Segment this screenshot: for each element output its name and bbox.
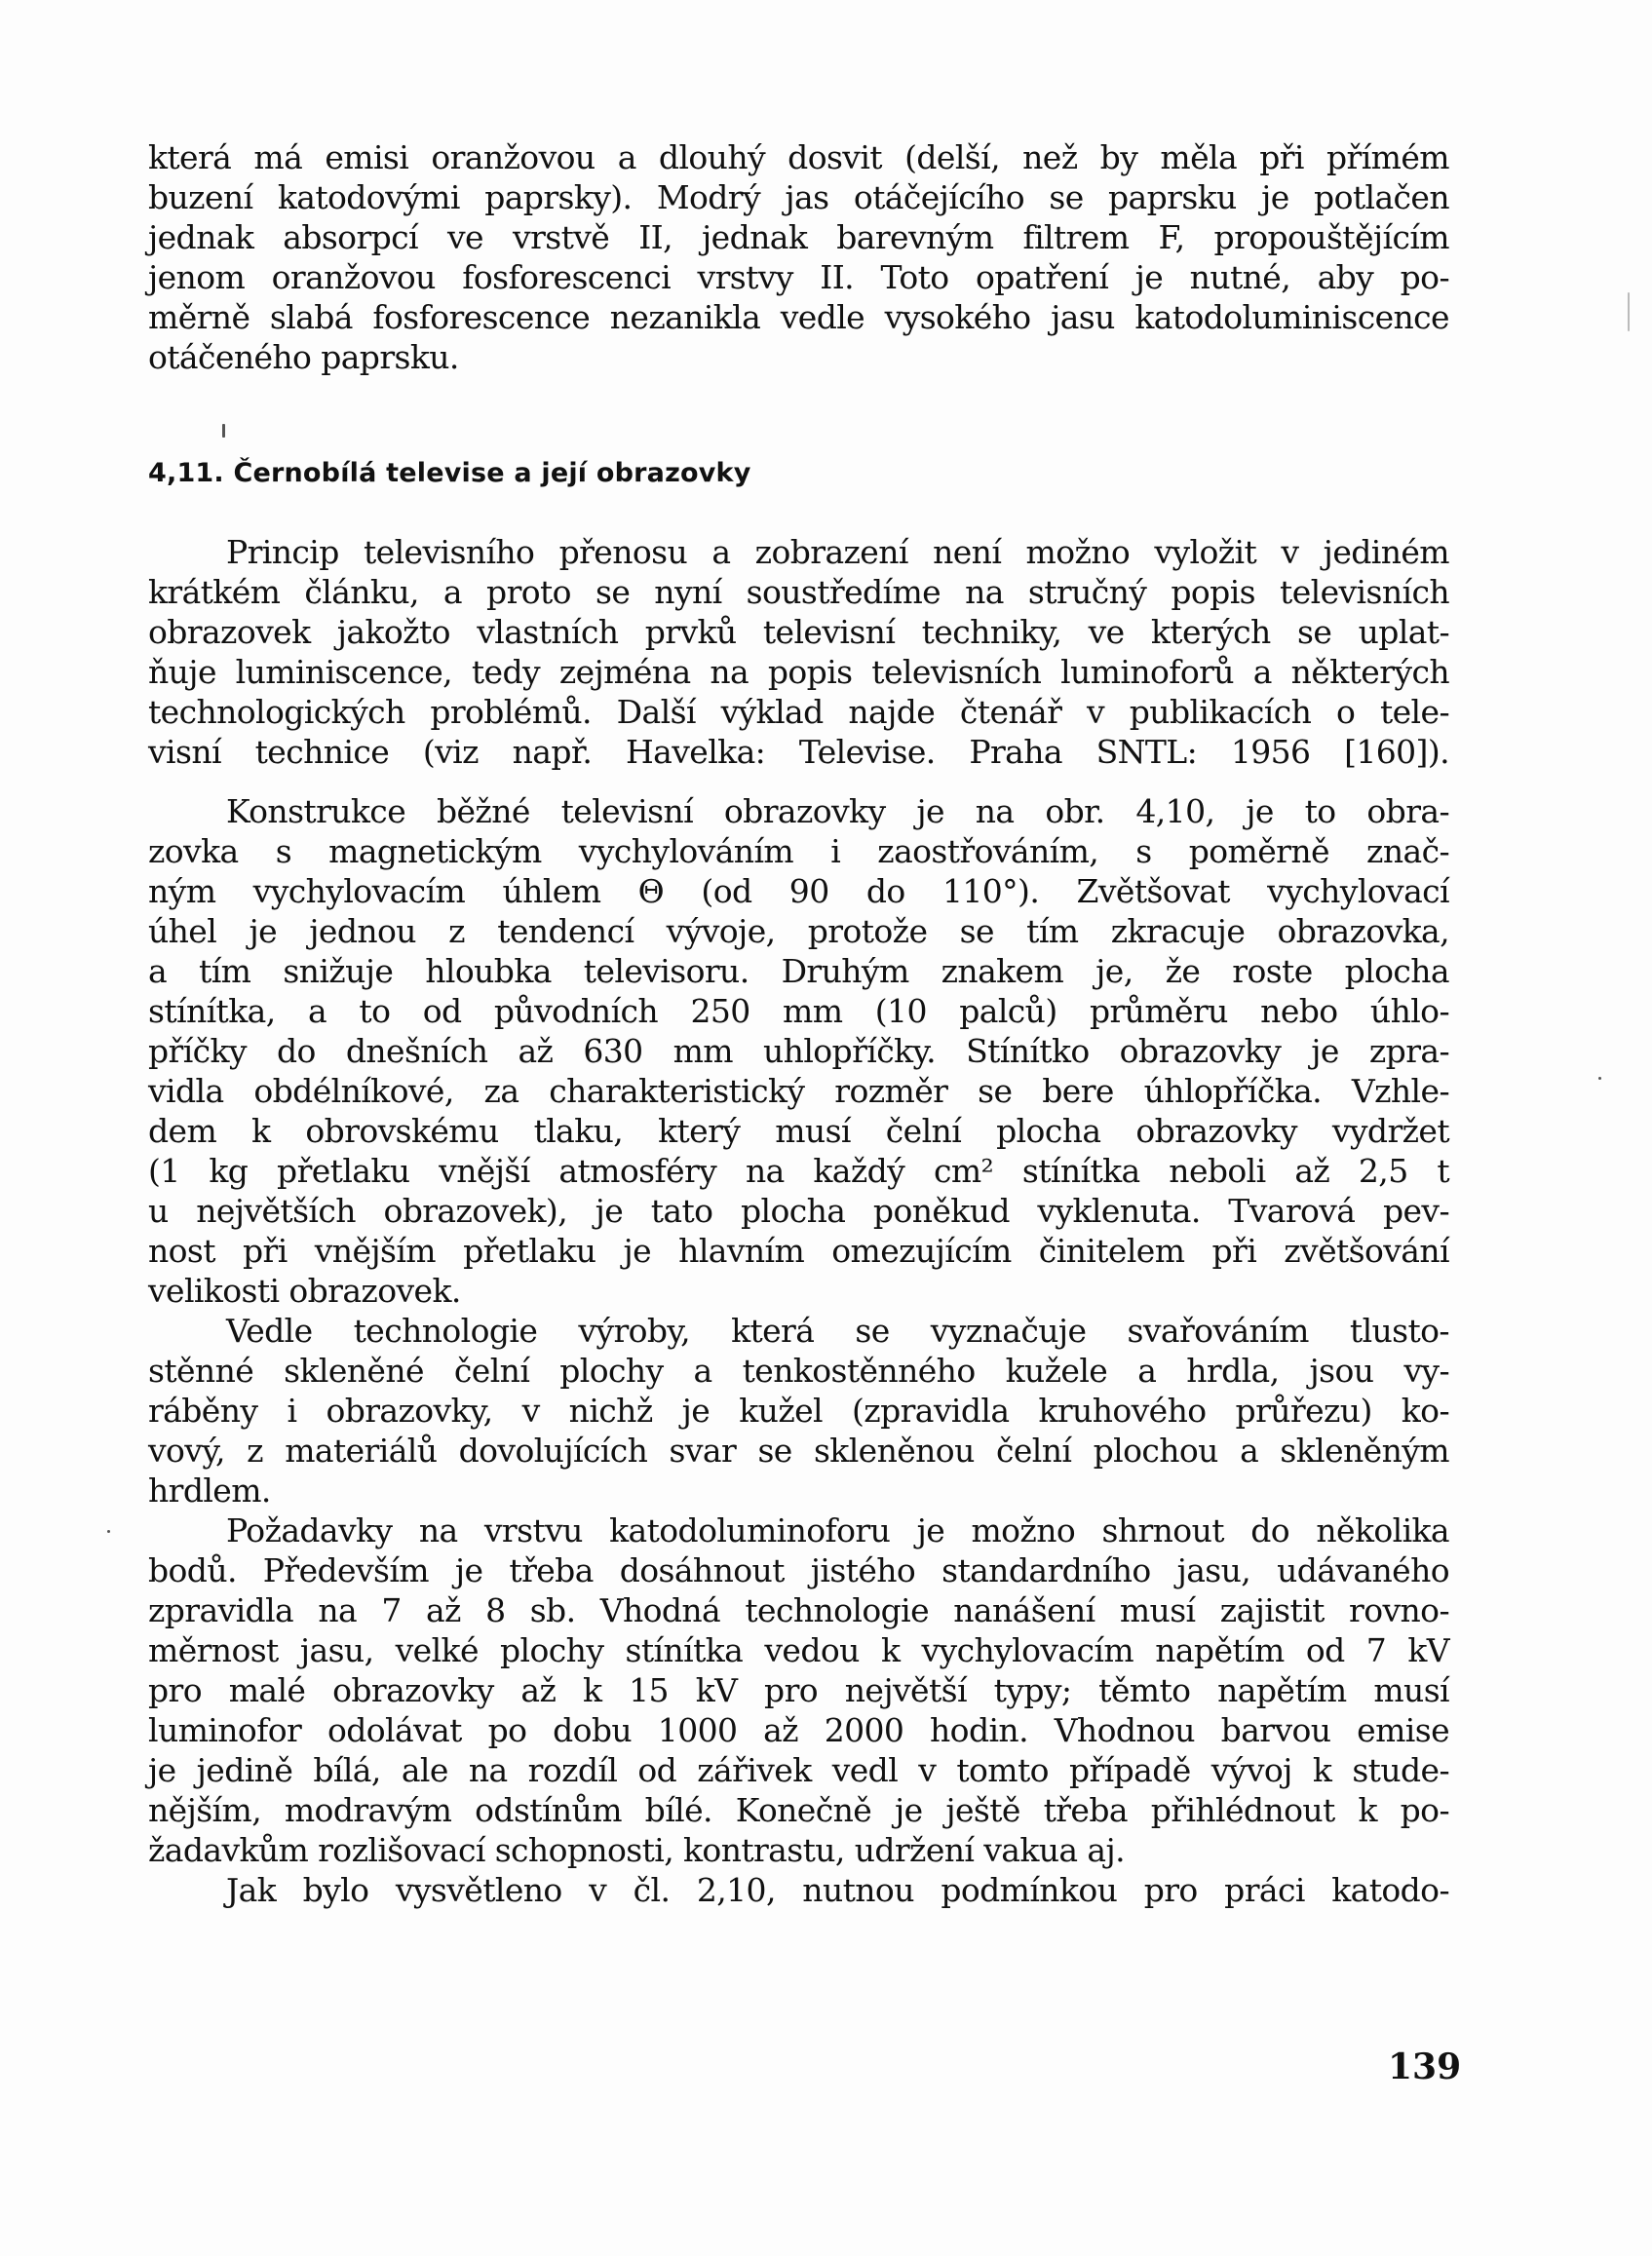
text-line: příčky do dnešních až 630 mm uhlopříčky.… — [148, 1030, 1449, 1073]
text-line: vový, z materiálů dovolujících svar se s… — [148, 1430, 1449, 1472]
text-line: nost při vnějším přetlaku je hlavním ome… — [148, 1230, 1449, 1273]
text-line: bodů. Především je třeba dosáhnout jisté… — [148, 1549, 1449, 1592]
text-line: otáčeného paprsku. — [148, 336, 459, 379]
text-line: velikosti obrazovek. — [148, 1270, 461, 1313]
scan-speck — [1598, 1077, 1601, 1080]
page-number: 139 — [1388, 2046, 1461, 2087]
text-line: úhel je jednou z tendencí vývoje, protož… — [148, 910, 1449, 953]
scan-speck — [1628, 292, 1630, 331]
text-line: zovka s magnetickým vychylováním i zaost… — [148, 830, 1449, 873]
text-line: zpravidla na 7 až 8 sb. Vhodná technolog… — [148, 1589, 1449, 1632]
scan-speck — [222, 424, 225, 438]
text-line: stínítka, a to od původních 250 mm (10 p… — [148, 990, 1449, 1033]
text-line: (1 kg přetlaku vnější atmosféry na každý… — [148, 1150, 1449, 1193]
scan-speck — [107, 1530, 110, 1533]
book-page: která má emisi oranžovou a dlouhý dosvit… — [0, 0, 1652, 2256]
text-line: krátkém článku, a proto se nyní soustřed… — [148, 571, 1449, 614]
text-line: jenom oranžovou fosforescenci vrstvy II.… — [148, 256, 1449, 299]
text-line: buzení katodovými paprsky). Modrý jas ot… — [148, 176, 1449, 219]
text-line: je jedině bílá, ale na rozdíl od zářivek… — [148, 1749, 1449, 1792]
text-line: Požadavky na vrstvu katodoluminoforu je … — [148, 1510, 1449, 1552]
text-line: která má emisi oranžovou a dlouhý dosvit… — [148, 136, 1449, 179]
text-line: vidla obdélníkové, za charakteristický r… — [148, 1070, 1449, 1113]
text-line: technologických problémů. Další výklad n… — [148, 691, 1449, 734]
text-line: žadavkům rozlišovací schopnosti, kontras… — [148, 1829, 1125, 1872]
text-line: visní technice (viz např. Havelka: Telev… — [148, 731, 1449, 774]
text-line: měrně slabá fosforescence nezanikla vedl… — [148, 296, 1449, 339]
text-line: luminofor odolávat po dobu 1000 až 2000 … — [148, 1709, 1449, 1752]
section-heading: 4,11. Černobílá televise a její obrazovk… — [148, 458, 751, 488]
text-line: Jak bylo vysvětleno v čl. 2,10, nutnou p… — [148, 1869, 1449, 1912]
text-line: hrdlem. — [148, 1470, 271, 1512]
text-line: Princip televisního přenosu a zobrazení … — [148, 531, 1449, 574]
text-line: nějším, modravým odstínům bílé. Konečně … — [148, 1789, 1449, 1832]
text-line: pro malé obrazovky až k 15 kV pro největ… — [148, 1669, 1449, 1712]
text-line: Konstrukce běžné televisní obrazovky je … — [148, 790, 1449, 833]
text-line: měrnost jasu, velké plochy stínítka vedo… — [148, 1629, 1449, 1672]
text-line: obrazovek jakožto vlastních prvků televi… — [148, 611, 1449, 654]
text-line: a tím snižuje hloubka televisoru. Druhým… — [148, 950, 1449, 993]
text-line: u největších obrazovek), je tato plocha … — [148, 1190, 1449, 1233]
text-line: Vedle technologie výroby, která se vyzna… — [148, 1310, 1449, 1353]
text-line: stěnné skleněné čelní plochy a tenkostěn… — [148, 1350, 1449, 1393]
text-line: jednak absorpcí ve vrstvě II, jednak bar… — [148, 216, 1449, 259]
text-line: ňuje luminiscence, tedy zejména na popis… — [148, 651, 1449, 694]
text-line: dem k obrovskému tlaku, který musí čelní… — [148, 1110, 1449, 1153]
text-line: ráběny i obrazovky, v nichž je kužel (zp… — [148, 1390, 1449, 1433]
text-line: ným vychylovacím úhlem Θ (od 90 do 110°)… — [148, 870, 1449, 913]
